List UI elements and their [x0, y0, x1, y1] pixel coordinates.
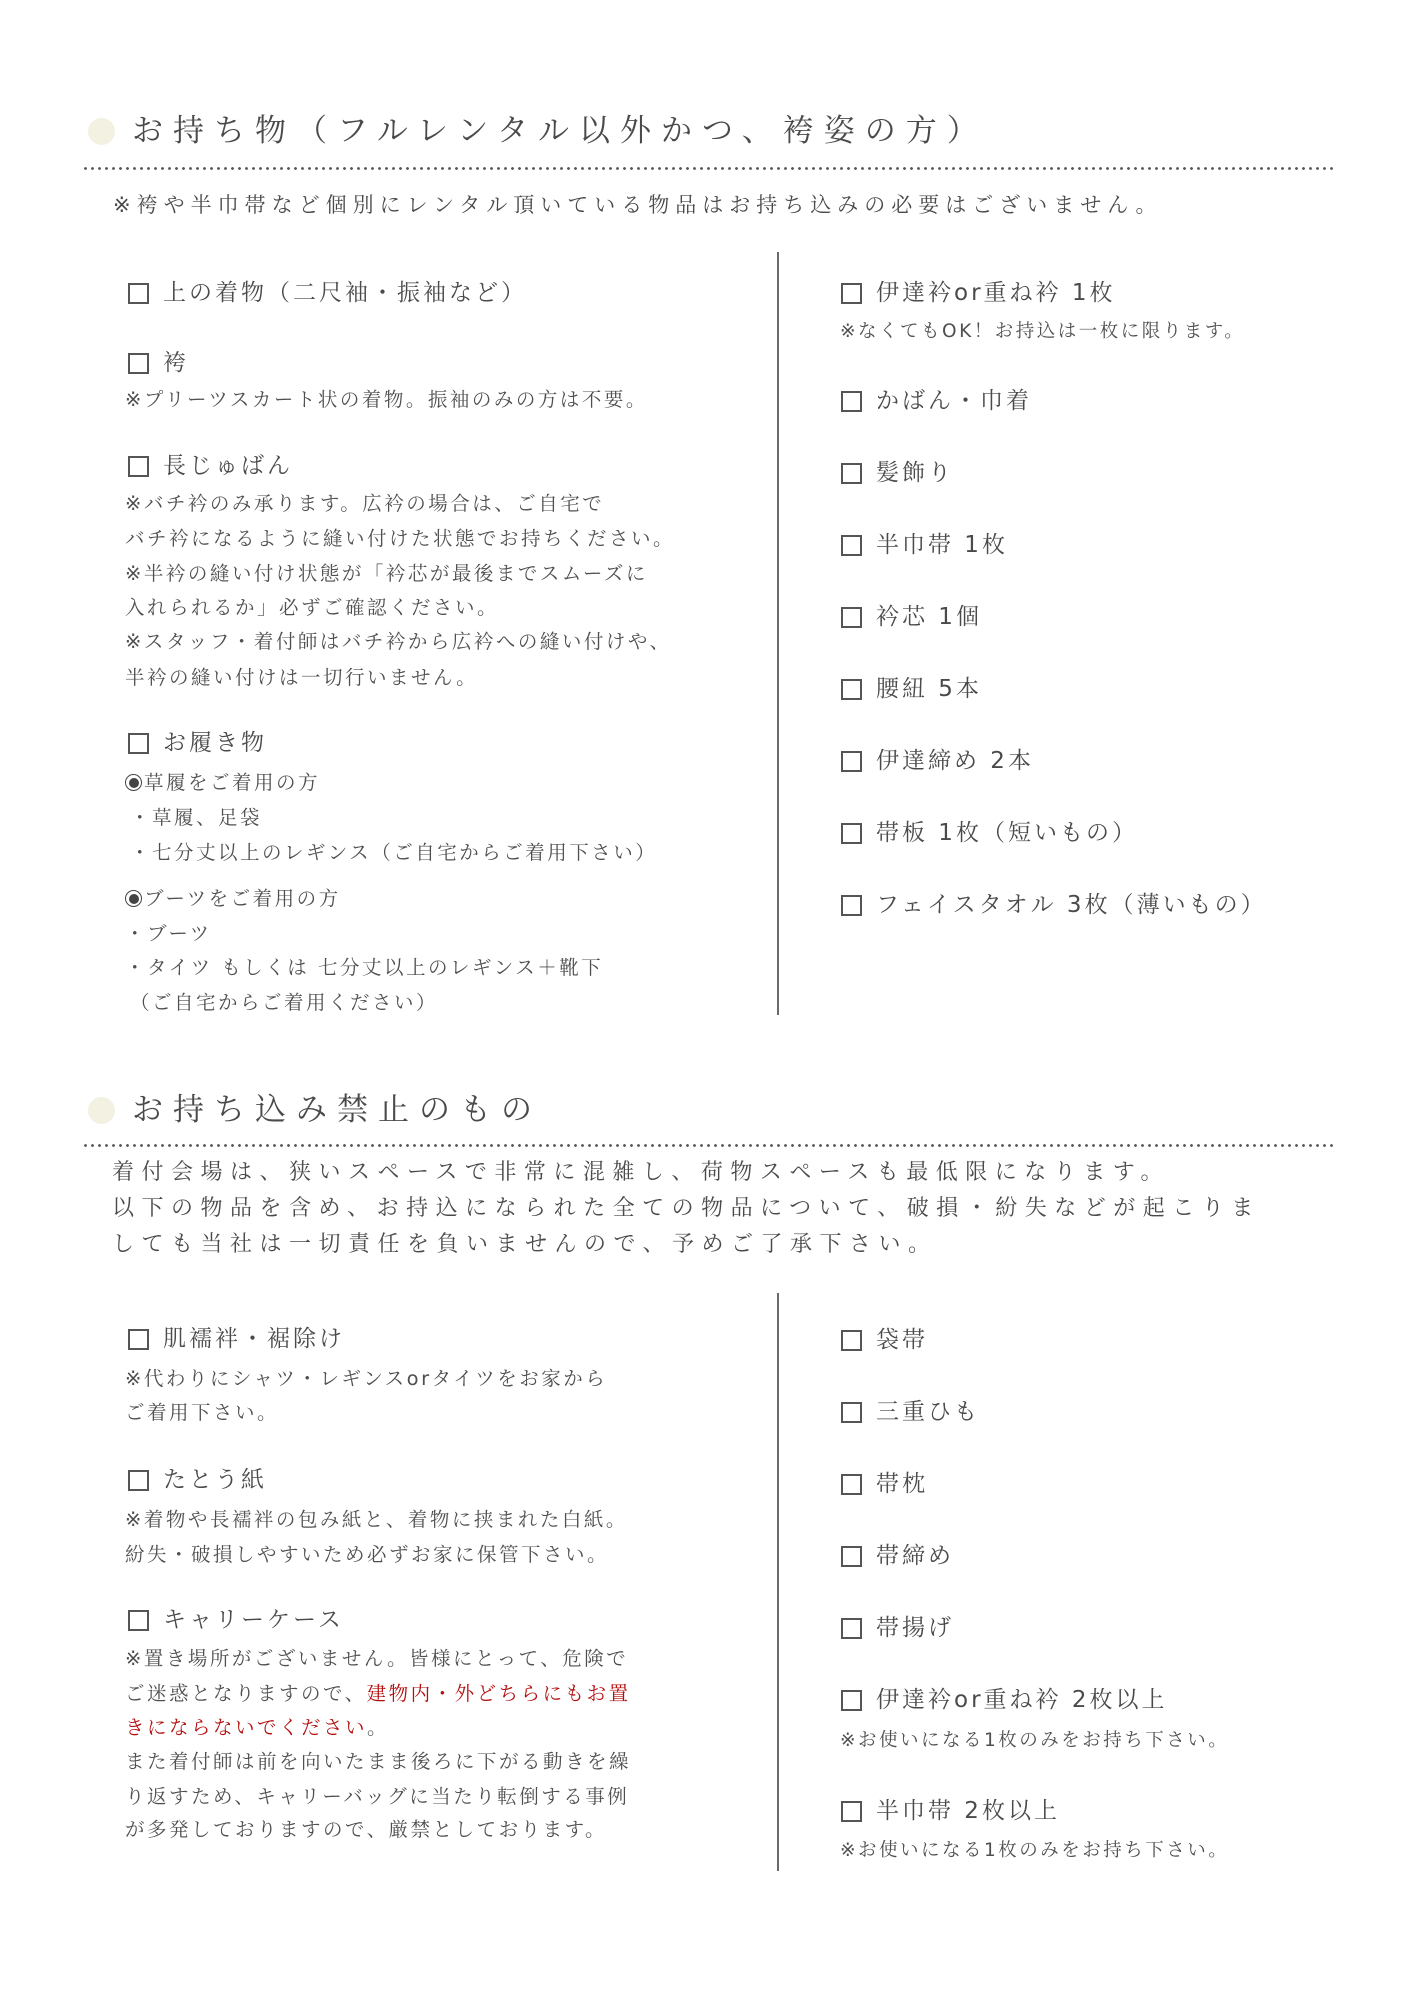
footwear-boots-heading: ブーツをご着用の方: [125, 885, 341, 913]
checkbox-icon[interactable]: [128, 353, 149, 374]
checkbox-icon[interactable]: [128, 1329, 149, 1350]
checkbox-icon[interactable]: [841, 391, 862, 412]
checklist-item[interactable]: 伊達衿or重ね衿 2枚以上: [841, 1685, 1167, 1715]
checklist-item[interactable]: 帯締め: [841, 1541, 954, 1571]
item-note: バチ衿になるように縫い付けた状態でお持ちください。: [125, 525, 675, 553]
item-note: ※スタッフ・着付師はバチ衿から広衿への縫い付けや、: [125, 628, 671, 656]
item-label: 長じゅばん: [163, 451, 293, 481]
item-note: 半衿の縫い付けは一切行いません。: [125, 664, 478, 692]
checkbox-icon[interactable]: [128, 733, 149, 754]
item-label: 袋帯: [876, 1325, 928, 1355]
checkbox-icon[interactable]: [841, 607, 862, 628]
item-note: ご着用下さい。: [125, 1399, 279, 1427]
item-note: ※お使いになる1枚のみをお持ち下さい。: [840, 1727, 1229, 1755]
section1-title: お持ち物（フルレンタル以外かつ、袴姿の方）: [132, 111, 988, 151]
item-label: 肌襦袢・裾除け: [163, 1324, 345, 1354]
item-label: 腰紐 5本: [876, 674, 982, 704]
checklist-item[interactable]: 帯枕: [841, 1469, 928, 1499]
checkbox-icon[interactable]: [841, 1402, 862, 1423]
checklist-item[interactable]: たとう紙: [128, 1465, 267, 1495]
footwear-line: ・七分丈以上のレギンス（ご自宅からご着用下さい）: [130, 839, 657, 867]
item-note: 紛失・破損しやすいため必ずお家に保管下さい。: [125, 1541, 609, 1569]
item-label: 伊達締め 2本: [876, 746, 1034, 776]
item-note: ※代わりにシャツ・レギンスorタイツをお家から: [125, 1365, 607, 1393]
checklist-item[interactable]: フェイスタオル 3枚（薄いもの）: [841, 890, 1267, 920]
item-note: ※プリーツスカート状の着物。振袖のみの方は不要。: [125, 386, 648, 414]
checkbox-icon[interactable]: [841, 1801, 862, 1822]
item-note: 入れられるか」必ずご確認ください。: [125, 594, 499, 622]
item-label: かばん・巾着: [876, 386, 1032, 416]
section1-note: ※袴や半巾帯など個別にレンタル頂いている物品はお持ち込みの必要はございません。: [113, 190, 1163, 220]
checkbox-icon[interactable]: [128, 1610, 149, 1631]
checklist-item[interactable]: 肌襦袢・裾除け: [128, 1324, 345, 1354]
checklist-item[interactable]: 半巾帯 1枚: [841, 530, 1008, 560]
item-label: たとう紙: [163, 1465, 267, 1495]
item-note: ※着物や長襦袢の包み紙と、着物に挟まれた白紙。: [125, 1506, 628, 1534]
checklist-item[interactable]: かばん・巾着: [841, 386, 1032, 416]
checklist-item[interactable]: 衿芯 1個: [841, 602, 982, 632]
checkbox-icon[interactable]: [841, 895, 862, 916]
checkbox-icon[interactable]: [841, 463, 862, 484]
checkbox-icon[interactable]: [841, 679, 862, 700]
item-label: 半巾帯 1枚: [876, 530, 1008, 560]
item-label: 髪飾り: [876, 458, 954, 488]
checklist-item[interactable]: 長じゅばん: [128, 451, 293, 481]
item-label: 半巾帯 2枚以上: [876, 1796, 1060, 1826]
item-label: 伊達衿or重ね衿 2枚以上: [876, 1685, 1167, 1715]
section1-bullet-icon: [88, 118, 115, 145]
checklist-item[interactable]: 上の着物（二尺袖・振袖など）: [128, 278, 527, 308]
checklist-item[interactable]: 腰紐 5本: [841, 674, 982, 704]
checklist-item[interactable]: 髪飾り: [841, 458, 954, 488]
item-label: 帯揚げ: [876, 1613, 954, 1643]
section2-title: お持ち込み禁止のもの: [132, 1090, 542, 1130]
footwear-line: ・タイツ もしくは 七分丈以上のレギンス＋靴下: [125, 954, 603, 982]
checklist-item[interactable]: 帯板 1枚（短いもの）: [841, 818, 1138, 848]
item-note: また着付師は前を向いたまま後ろに下がる動きを繰: [125, 1748, 631, 1776]
note-text: ご迷惑となりますので、: [125, 1682, 367, 1705]
note-text: 。: [367, 1716, 389, 1739]
checkbox-icon[interactable]: [841, 823, 862, 844]
item-label: お履き物: [163, 728, 267, 758]
checklist-item[interactable]: キャリーケース: [128, 1605, 344, 1635]
filled-circle-bullet-icon: [125, 774, 142, 791]
footwear-line: ・ブーツ: [125, 920, 212, 948]
checklist-item[interactable]: 伊達締め 2本: [841, 746, 1034, 776]
item-label: 伊達衿or重ね衿 1枚: [876, 278, 1115, 308]
zori-heading-text: 草履をご着用の方: [144, 771, 320, 794]
item-label: キャリーケース: [163, 1605, 344, 1635]
item-note: きにならないでください。: [125, 1714, 389, 1742]
item-label: 帯枕: [876, 1469, 928, 1499]
item-label: フェイスタオル 3枚（薄いもの）: [876, 890, 1267, 920]
section2-intro-line: しても当社は一切責任を負いませんので、予めご了承下さい。: [112, 1230, 938, 1260]
item-note: ※置き場所がございません。皆様にとって、危険で: [125, 1645, 628, 1673]
checklist-item[interactable]: お履き物: [128, 728, 267, 758]
item-note: り返すため、キャリーバッグに当たり転倒する事例: [125, 1783, 629, 1811]
section2-intro-line: 以下の物品を含め、お持込になられた全ての物品について、破損・紛失などが起こりま: [112, 1194, 1261, 1224]
checkbox-icon[interactable]: [128, 1470, 149, 1491]
checklist-item[interactable]: 三重ひも: [841, 1397, 980, 1427]
footwear-zori-heading: 草履をご着用の方: [125, 769, 320, 797]
checkbox-icon[interactable]: [841, 1474, 862, 1495]
section1-dotted-divider: [82, 167, 1334, 170]
filled-circle-bullet-icon: [125, 890, 142, 907]
checkbox-icon[interactable]: [841, 1690, 862, 1711]
item-label: 三重ひも: [876, 1397, 980, 1427]
item-note: が多発しておりますので、厳禁としております。: [125, 1816, 607, 1844]
item-note: ※お使いになる1枚のみをお持ち下さい。: [840, 1837, 1229, 1865]
checkbox-icon[interactable]: [841, 751, 862, 772]
section2-bullet-icon: [88, 1097, 115, 1124]
item-label: 帯締め: [876, 1541, 954, 1571]
item-note: ご迷惑となりますので、建物内・外どちらにもお置: [125, 1680, 631, 1708]
warning-text: 建物内・外どちらにもお置: [367, 1682, 631, 1705]
checklist-item[interactable]: 伊達衿or重ね衿 1枚: [841, 278, 1115, 308]
checkbox-icon[interactable]: [128, 283, 149, 304]
checkbox-icon[interactable]: [841, 1330, 862, 1351]
checkbox-icon[interactable]: [841, 283, 862, 304]
item-label: 袴: [163, 348, 189, 378]
checklist-item[interactable]: 袴: [128, 348, 189, 378]
section1-column-divider: [777, 252, 779, 1015]
checklist-item[interactable]: 帯揚げ: [841, 1613, 954, 1643]
section2-column-divider: [777, 1293, 779, 1871]
boots-heading-text: ブーツをご着用の方: [144, 887, 341, 910]
checklist-item[interactable]: 袋帯: [841, 1325, 928, 1355]
item-note: ※バチ衿のみ承ります。広衿の場合は、ご自宅で: [125, 490, 604, 518]
footwear-line: ・草履、足袋: [130, 804, 262, 832]
footwear-line: （ご自宅からご着用ください）: [130, 989, 438, 1017]
section2-intro-line: 着付会場は、狭いスペースで非常に混雑し、荷物スペースも最低限になります。: [112, 1158, 1170, 1188]
checklist-item[interactable]: 半巾帯 2枚以上: [841, 1796, 1060, 1826]
item-label: 上の着物（二尺袖・振袖など）: [163, 278, 527, 308]
checkbox-icon[interactable]: [841, 1546, 862, 1567]
item-label: 帯板 1枚（短いもの）: [876, 818, 1138, 848]
item-note: ※半衿の縫い付け状態が「衿芯が最後までスムーズに: [125, 560, 648, 588]
item-label: 衿芯 1個: [876, 602, 982, 632]
checkbox-icon[interactable]: [128, 456, 149, 477]
warning-text: きにならないでください: [125, 1716, 367, 1739]
item-note: ※なくてもOK！お持込は一枚に限ります。: [840, 318, 1245, 346]
checkbox-icon[interactable]: [841, 535, 862, 556]
checkbox-icon[interactable]: [841, 1618, 862, 1639]
section2-dotted-divider: [82, 1144, 1334, 1147]
